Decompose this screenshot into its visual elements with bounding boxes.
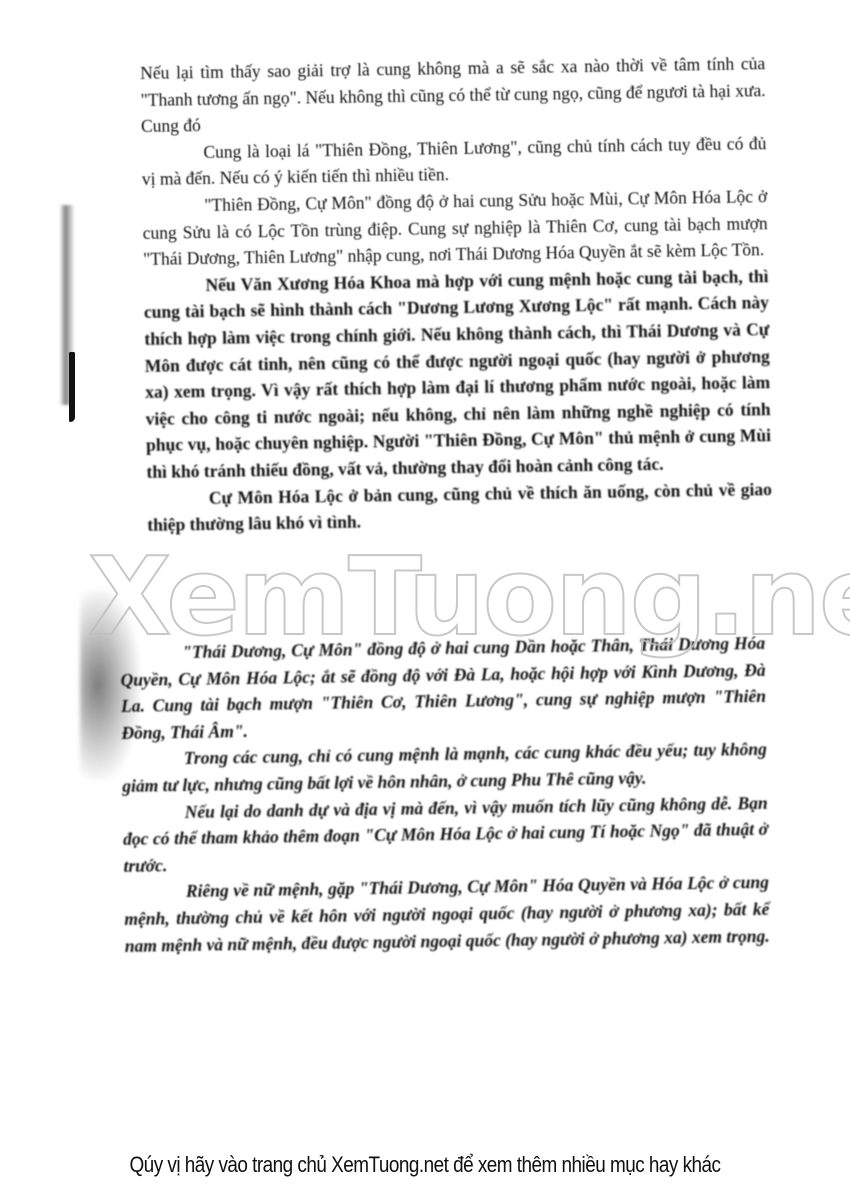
- watermark: XemTuong.net: [88, 535, 778, 660]
- scanned-page: Nếu lại tìm thấy sao giải trợ là cung kh…: [0, 0, 850, 1120]
- paragraph: Cự Môn Hóa Lộc ở bản cung, cũng chủ về t…: [147, 476, 773, 539]
- paragraph: Nếu Văn Xương Hóa Khoa mà hợp với cung m…: [143, 263, 771, 486]
- paragraph: Nếu lại do danh dự và địa vị mà đến, vì …: [123, 789, 769, 879]
- footer-note: Qúy vị hãy vào trang chủ XemTuong.net để…: [60, 1152, 791, 1178]
- site-link[interactable]: XemTuong.net: [331, 1152, 448, 1177]
- paragraph: Cung là loại lá "Thiên Đồng, Thiên Lương…: [141, 130, 767, 193]
- page-body-upper: Nếu lại tìm thấy sao giải trợ là cung kh…: [140, 50, 772, 538]
- paragraph: "Thiên Đồng, Cự Môn" đồng độ ở hai cung …: [142, 183, 768, 273]
- footer-prefix: Qúy vị hãy vào trang chủ: [129, 1152, 331, 1177]
- paragraph: Nếu lại tìm thấy sao giải trợ là cung kh…: [140, 50, 766, 140]
- page-body-lower: "Thái Dương, Cự Môn" đồng độ ở hai cung …: [120, 630, 770, 959]
- paragraph: Riêng về nữ mệnh, gặp "Thái Dương, Cự Mô…: [124, 869, 770, 959]
- scan-edge-mark: [69, 352, 75, 422]
- footer-suffix: để xem thêm nhiều mục hay khác: [448, 1152, 720, 1177]
